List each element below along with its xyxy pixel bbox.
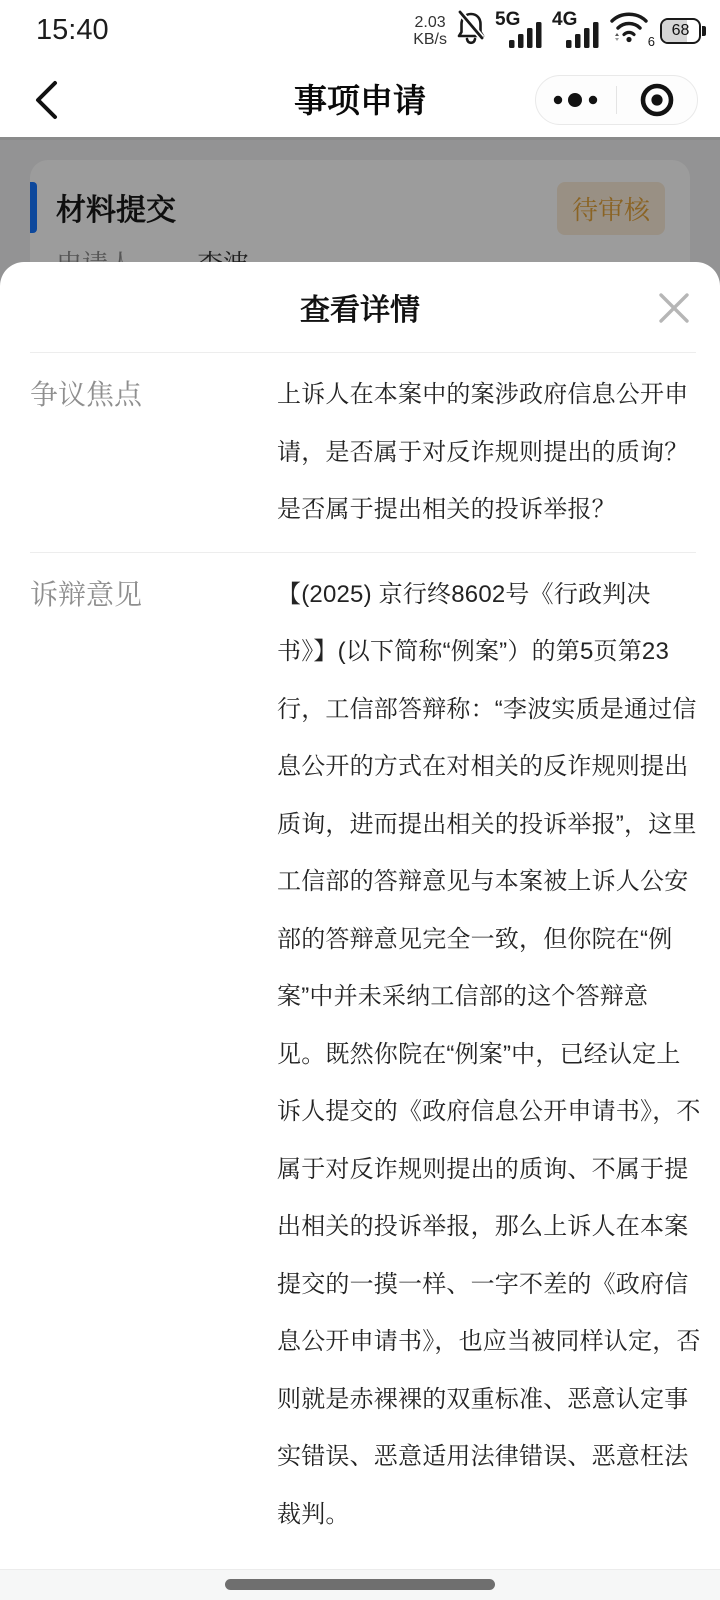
close-icon (656, 290, 692, 326)
network-speed-value: 2.03 (413, 14, 447, 31)
close-button[interactable] (654, 288, 694, 328)
network-speed: 2.03 KB/s (413, 14, 447, 48)
detail-row-plea-opinion: 诉辩意见 【(2025) 京行终8602号《行政判决 书》】(以下简称“例案”）… (0, 553, 720, 1557)
battery-nub (702, 26, 706, 36)
signal-bars-icon (566, 22, 600, 48)
network-speed-unit: KB/s (413, 31, 447, 48)
close-miniprogram-button[interactable] (617, 76, 697, 124)
more-dots-icon (550, 90, 602, 110)
row-value: 【(2025) 京行终8602号《行政判决 书》】(以下简称“例案”）的第5页第… (277, 566, 720, 1544)
miniprogram-capsule (535, 75, 698, 125)
row-label: 诉辩意见 (30, 566, 142, 624)
clock: 15:40 (36, 14, 109, 47)
more-button[interactable] (536, 76, 616, 124)
signal-sim2: 4G (552, 9, 600, 51)
status-icons: 2.03 KB/s 5G 4G (413, 0, 706, 60)
target-icon (638, 81, 676, 119)
nav-bar: 事项申请 (0, 60, 720, 137)
row-value: 上诉人在本案中的案涉政府信息公开申 请，是否属于对反诈规则提出的质询？ 是否属于… (277, 366, 720, 539)
detail-sheet: 查看详情 争议焦点 上诉人在本案中的案涉政府信息公开申 请，是否属于对反诈规则提… (0, 262, 720, 1600)
sheet-header: 查看详情 (0, 262, 720, 352)
signal-bars-icon (509, 22, 543, 48)
wifi-network-badge: 6 (648, 34, 655, 49)
battery-percent: 68 (660, 18, 701, 44)
wifi-icon (609, 9, 649, 43)
detail-row-dispute-focus: 争议焦点 上诉人在本案中的案涉政府信息公开申 请，是否属于对反诈规则提出的质询？… (0, 353, 720, 552)
signal-sim1: 5G (495, 9, 543, 51)
row-label: 争议焦点 (30, 366, 142, 424)
status-bar: 15:40 2.03 KB/s 5G 4G (0, 0, 720, 60)
home-indicator[interactable] (225, 1579, 495, 1590)
mute-bell-icon (456, 10, 486, 51)
wifi-indicator: 6 (609, 9, 651, 51)
battery-indicator: 68 (660, 18, 706, 44)
sheet-title: 查看详情 (0, 262, 720, 352)
gesture-area (0, 1569, 720, 1600)
